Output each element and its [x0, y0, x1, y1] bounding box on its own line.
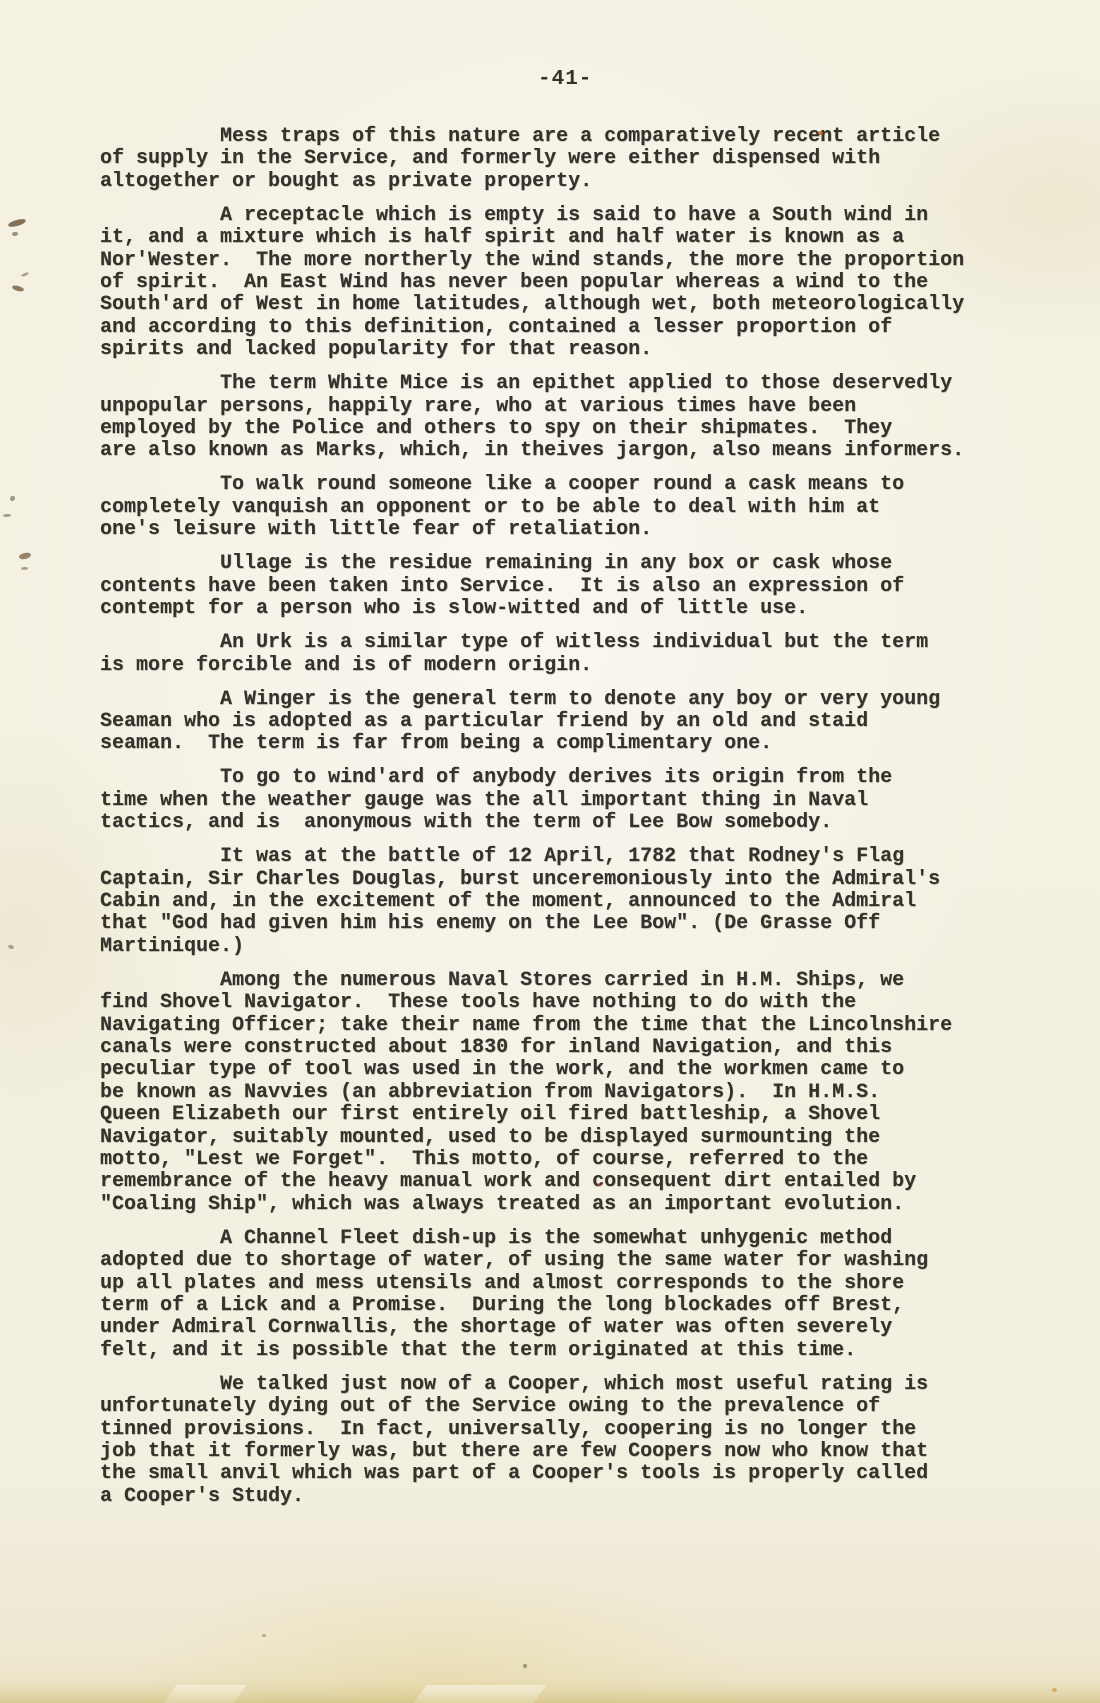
paragraph-shovel-navigator: Among the numerous Naval Stores carried …: [100, 970, 990, 1216]
margin-ink-mark: [21, 272, 30, 278]
margin-ink-mark: [3, 514, 11, 517]
margin-ink-mark: [10, 496, 15, 501]
paragraph-urk: An Urk is a similar type of witless indi…: [100, 632, 990, 677]
paragraph-white-mice: The term White Mice is an epithet applie…: [100, 373, 990, 463]
paragraph-mess-traps: Mess traps of this nature are a comparat…: [100, 126, 990, 193]
paragraph-ullage: Ullage is the residue remaining in any b…: [100, 553, 990, 620]
document-body: Mess traps of this nature are a comparat…: [100, 126, 990, 1520]
paragraph-rodney-flag: It was at the battle of 12 April, 1782 t…: [100, 846, 990, 958]
paper-edge-highlight: [164, 1685, 247, 1703]
paragraph-walk-round: To walk round someone like a cooper roun…: [100, 474, 990, 541]
paragraph-south-wind: A receptacle which is empty is said to h…: [100, 205, 990, 362]
page-bottom-edge: [0, 1679, 1100, 1703]
margin-ink-mark: [8, 218, 27, 228]
margin-ink-mark: [7, 944, 14, 950]
paragraph-winger: A Winger is the general term to denote a…: [100, 689, 990, 756]
stain-speck: [523, 1664, 527, 1668]
margin-ink-mark: [21, 567, 28, 570]
stain-speck: [262, 1634, 266, 1637]
margin-ink-mark: [19, 552, 32, 560]
paragraph-channel-fleet: A Channel Fleet dish-up is the somewhat …: [100, 1228, 990, 1362]
page-number: -41-: [538, 68, 598, 91]
margin-ink-mark: [12, 232, 18, 236]
scanned-document-page: { "doc": { "page_number": "-41-", "paper…: [0, 0, 1100, 1703]
margin-ink-mark: [12, 284, 25, 292]
paragraph-windard: To go to wind'ard of anybody derives its…: [100, 767, 990, 834]
paragraph-cooper: We talked just now of a Cooper, which mo…: [100, 1374, 990, 1508]
stain-speck: [1052, 1688, 1057, 1692]
paper-edge-highlight: [414, 1685, 547, 1703]
